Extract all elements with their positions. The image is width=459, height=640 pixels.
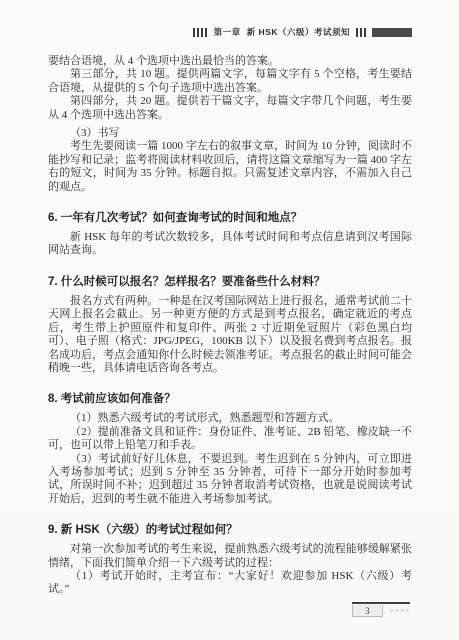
chapter-label: 第一章 xyxy=(214,26,241,38)
paragraph-continuation: 要结合语境，从 4 个选项中选出最恰当的答案。 xyxy=(48,55,412,68)
document-body: 要结合语境，从 4 个选项中选出最恰当的答案。 第三部分，共 10 题。提供两篇… xyxy=(48,55,412,597)
page-number: 3 xyxy=(365,606,370,616)
header-barcode-left-icon xyxy=(193,28,208,37)
page-footer: 3 >>>> xyxy=(352,602,410,617)
section-heading-7: 7. 什么时候可以报名？怎样报名？要准备些什么材料？ xyxy=(48,275,412,289)
paragraph-reading-part4: 第四部分，共 20 题。提供若干篇文字，每篇文字带几个问题，考生要从 4 个选项… xyxy=(48,95,412,122)
header-barcode-right-icon xyxy=(356,28,366,37)
page-number-box: 3 xyxy=(352,605,383,617)
paragraph-reading-part3: 第三部分，共 10 题。提供两篇文字，每篇文字有 5 个空格，考生要结合语境，从… xyxy=(48,68,412,95)
section-heading-9: 9. 新 HSK（六级）的考试过程如何？ xyxy=(48,523,412,537)
section-heading-6: 6. 一年有几次考试？如何查询考试的时间和地点？ xyxy=(48,211,412,225)
running-head: 第一章 新 HSK（六级）考试须知 xyxy=(48,26,412,38)
paragraph-prepare-2: （2）提前准备文具和证件：身份证件、准考证、2B 铅笔、橡皮缺一不可，也可以带上… xyxy=(48,426,412,453)
paragraph-exam-times: 新 HSK 每年的考试次数较多，具体考试时间和考点信息请到汉考国际网站查询。 xyxy=(48,231,412,258)
chapter-title: 新 HSK（六级）考试须知 xyxy=(247,26,350,38)
paragraph-prepare-1: （1）熟悉六级考试的考试形式，熟悉题型和答题方式。 xyxy=(48,412,412,425)
paragraph-writing-desc: 考生先要阅读一篇 1000 字左右的叙事文章，时间为 10 分钟，阅读时不能抄写… xyxy=(48,140,412,194)
footer-chevrons-decoration: >>>> xyxy=(390,608,410,615)
paragraph-prepare-3: （3）考试前好好儿休息，不要迟到。考生迟到在 5 分钟内，可立即进入考场参加考试… xyxy=(48,453,412,507)
book-page: 第一章 新 HSK（六级）考试须知 要结合语境，从 4 个选项中选出最恰当的答案… xyxy=(0,0,459,640)
section-heading-8: 8. 考试前应该如何准备？ xyxy=(48,392,412,406)
paragraph-process-step1: （1）考试开始时，主考宣布：“大家好！欢迎参加 HSK（六级）考试。” xyxy=(48,570,412,597)
header-bar-decoration xyxy=(372,28,412,37)
paragraph-writing-label: （3）书写 xyxy=(48,127,412,140)
paragraph-registration: 报名方式有两种。一种是在汉考国际网站上进行报名，通常考试前二十天网上报名会截止。… xyxy=(48,295,412,375)
paragraph-process-intro: 对第一次参加考试的考生来说，提前熟悉六级考试的流程能够缓解紧张情绪，下面我们简单… xyxy=(48,543,412,570)
